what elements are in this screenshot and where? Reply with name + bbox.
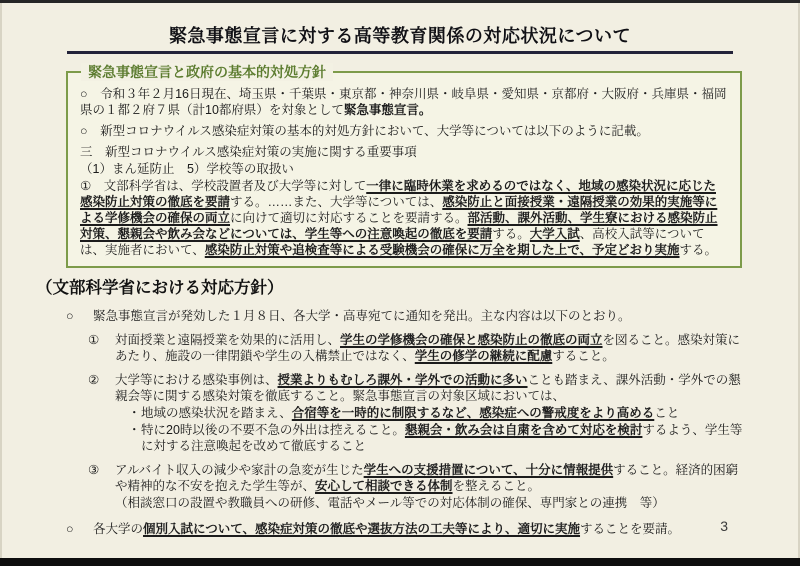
text-segment: こと [654, 406, 679, 420]
policy-box-items: ○ 令和３年２月16日現在、埼玉県・千葉県・東京都・神奈川県・岐阜県・愛知県・京… [80, 86, 728, 258]
policy-box-legend: 緊急事態宣言と政府の基本的対処方針 [81, 63, 333, 81]
list-item: ① 文部科学省は、学校設置者及び大学等に対して一律に臨時休業を求めるのではなく、… [80, 178, 728, 258]
text-segment: 地域の感染状況を踏まえ、 [141, 406, 292, 420]
text-segment: 安心して相談できる体制 [315, 479, 453, 493]
text-segment: 合宿等を一時的に制限するなど、感染症への警戒度をより高める [292, 406, 655, 420]
list-item-text: 三 新型コロナウイルス感染症対策の実施に関する重要事項 [80, 144, 728, 160]
text-segment: 大学等における感染事例は、 [115, 373, 278, 387]
text-segment: に向けて適切に対応することを要請する。 [230, 211, 468, 225]
list-item: ・地域の感染状況を踏まえ、合宿等を一時的に制限するなど、感染症への警戒度をより高… [128, 405, 744, 421]
list-marker: ① [88, 332, 115, 348]
page-title: 緊急事態宣言に対する高等教育関係の対応状況について [67, 25, 733, 54]
list-marker: ① [80, 179, 104, 193]
list-item: ○各大学の個別入試について、感染症対策の徹底や選抜方法の工夫等により、適切に実施… [66, 521, 744, 537]
text-segment: 新型コロナウイルス感染症対策の基本的対処方針において、大学等については以下のよう… [100, 124, 649, 138]
text-segment: する。 [492, 227, 530, 241]
text-segment: 大学入試 [530, 227, 580, 241]
text-segment: （1）まん延防止 5）学校等の取扱い [80, 162, 294, 176]
text-segment: 学生の修学の継続に配慮 [415, 349, 553, 363]
list-item-text: 各大学の個別入試について、感染症対策の徹底や選抜方法の工夫等により、適切に実施す… [93, 521, 744, 537]
text-segment: 対面授業と遠隔授業を効果的に活用し、 [115, 333, 340, 347]
text-segment: （相談窓口の設置や教職員への研修、電話やメール等での対応体制の確保、専門家との連… [115, 496, 665, 510]
text-segment: 授業よりもむしろ課外・学外での活動に多い [278, 373, 528, 387]
list-item: ③アルバイト収入の減少や家計の急変が生じた学生への支援措置について、十分に情報提… [88, 462, 744, 494]
list-item: ①対面授業と遠隔授業を効果的に活用し、学生の学修機会の確保と感染防止の徹底の両立… [88, 332, 744, 364]
text-segment: 緊急事態宣言が発効した１月８日、各大学・高専宛てに通知を発出。主な内容は以下のと… [93, 309, 631, 323]
list-item: （相談窓口の設置や教職員への研修、電話やメール等での対応体制の確保、専門家との連… [88, 495, 744, 511]
list-marker: 三 [80, 145, 105, 159]
list-item-text: （相談窓口の設置や教職員への研修、電話やメール等での対応体制の確保、専門家との連… [115, 495, 744, 511]
list-item: ○緊急事態宣言が発効した１月８日、各大学・高専宛てに通知を発出。主な内容は以下の… [66, 308, 744, 324]
list-item-text: アルバイト収入の減少や家計の急変が生じた学生への支援措置について、十分に情報提供… [115, 462, 744, 494]
text-segment: すること。 [552, 349, 615, 363]
list-item: 三 新型コロナウイルス感染症対策の実施に関する重要事項 [80, 144, 728, 160]
text-segment: 個別入試について、感染症対策の徹底や選抜方法の工夫等により、適切に実施 [143, 522, 580, 536]
text-segment: 緊急事態宣言。 [344, 103, 432, 117]
list-marker: ・ [128, 422, 141, 438]
text-segment: 学生の学修機会の確保と感染防止の徹底の両立 [340, 333, 603, 347]
scan-edge-left [0, 0, 2, 566]
text-segment: 特に20時以後の不要不急の外出は控えること。 [141, 423, 405, 437]
page-number: 3 [720, 518, 728, 534]
list-marker: ○ [66, 308, 93, 324]
text-segment: する。……また、大学等については、 [230, 195, 442, 209]
text-segment: 各大学の [93, 522, 143, 536]
list-marker: ② [88, 372, 115, 388]
list-item: （1）まん延防止 5）学校等の取扱い [80, 161, 728, 177]
list-item-text: ① 文部科学省は、学校設置者及び大学等に対して一律に臨時休業を求めるのではなく、… [80, 178, 728, 258]
list-item-text: 緊急事態宣言が発効した１月８日、各大学・高専宛てに通知を発出。主な内容は以下のと… [93, 308, 744, 324]
list-item-text: ○ 新型コロナウイルス感染症対策の基本的対処方針において、大学等については以下の… [80, 123, 728, 139]
text-segment: 感染防止対策や追検査等による受験機会の確保に万全を期した上で、予定どおり実施 [205, 243, 680, 257]
list-item: ○ 新型コロナウイルス感染症対策の基本的対処方針において、大学等については以下の… [80, 123, 728, 139]
text-segment: する。 [680, 243, 718, 257]
list-item: ・特に20時以後の不要不急の外出は控えること。懇親会・飲み会は自粛を含めて対応を… [128, 422, 744, 454]
scan-edge-bottom [0, 558, 800, 566]
list-marker: ○ [80, 124, 100, 138]
list-marker: ○ [66, 521, 93, 537]
list-item-text: 特に20時以後の不要不急の外出は控えること。懇親会・飲み会は自粛を含めて対応を検… [141, 422, 744, 454]
list-marker: ③ [88, 462, 115, 478]
mext-policy-items: ○緊急事態宣言が発効した１月８日、各大学・高専宛てに通知を発出。主な内容は以下の… [66, 308, 744, 537]
list-item-text: ○ 令和３年２月16日現在、埼玉県・千葉県・東京都・神奈川県・岐阜県・愛知県・京… [80, 86, 728, 118]
list-item: ○ 令和３年２月16日現在、埼玉県・千葉県・東京都・神奈川県・岐阜県・愛知県・京… [80, 86, 728, 118]
list-marker: ○ [80, 87, 100, 101]
text-segment: アルバイト収入の減少や家計の急変が生じた [115, 463, 364, 477]
basic-policy-box: 緊急事態宣言と政府の基本的対処方針 ○ 令和３年２月16日現在、埼玉県・千葉県・… [66, 71, 742, 268]
text-segment: 文部科学省は、学校設置者及び大学等に対して [104, 179, 367, 193]
text-segment: 懇親会・飲み会は自粛を含めて対応を検討 [405, 423, 643, 437]
text-segment: を整えること。 [453, 479, 541, 493]
list-marker: ・ [128, 405, 141, 421]
list-item-text: 対面授業と遠隔授業を効果的に活用し、学生の学修機会の確保と感染防止の徹底の両立を… [115, 332, 744, 364]
text-segment: 新型コロナウイルス感染症対策の実施に関する重要事項 [105, 145, 417, 159]
text-segment: することを要請。 [580, 522, 680, 536]
list-item-text: 地域の感染状況を踏まえ、合宿等を一時的に制限するなど、感染症への警戒度をより高め… [141, 405, 744, 421]
mext-policy-heading: （文部科学省における対応方針） [36, 278, 800, 298]
scan-edge-top [0, 0, 800, 3]
text-segment: 学生への支援措置について、十分に情報提供 [364, 463, 614, 477]
list-item: ②大学等における感染事例は、授業よりもむしろ課外・学外での活動に多いことも踏まえ… [88, 372, 744, 404]
list-item-text: 大学等における感染事例は、授業よりもむしろ課外・学外での活動に多いことも踏まえ、… [115, 372, 744, 404]
list-item-text: （1）まん延防止 5）学校等の取扱い [80, 161, 728, 177]
